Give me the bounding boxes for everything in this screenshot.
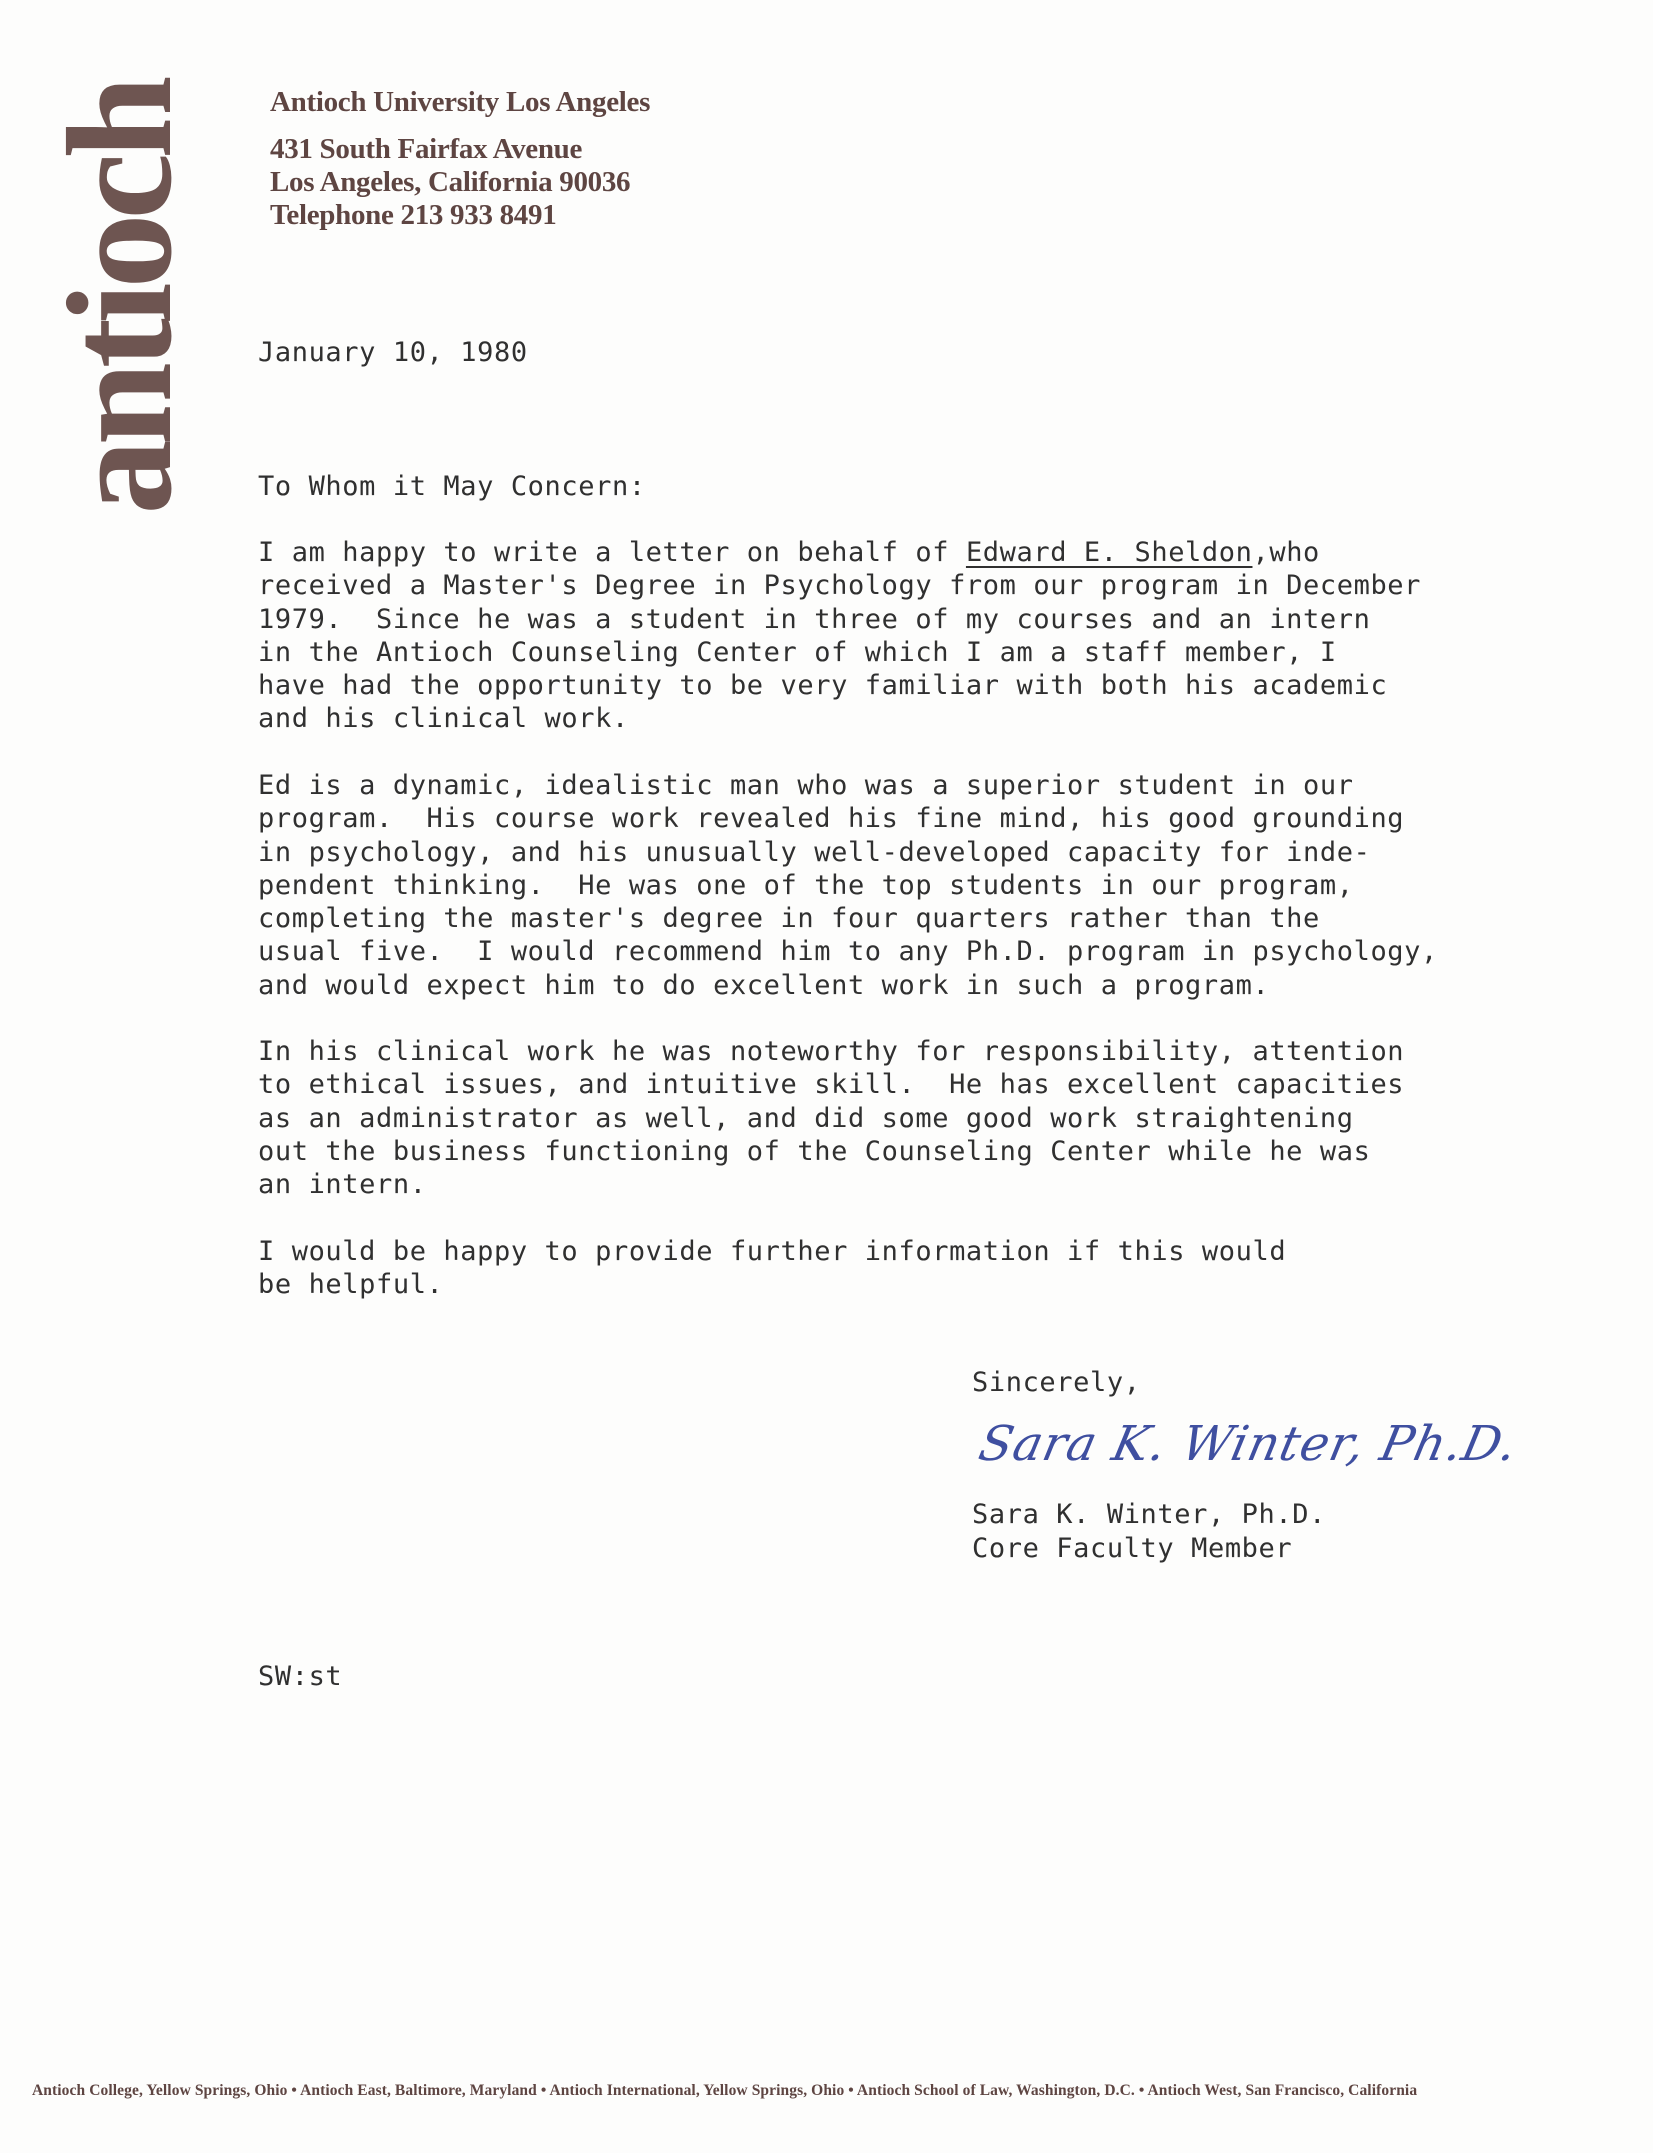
- signer-title: Core Faculty Member: [972, 1532, 1292, 1565]
- paragraph-4: I would be happy to provide further info…: [258, 1235, 1286, 1302]
- footer-campuses: Antioch College, Yellow Springs, Ohio • …: [32, 2082, 1632, 2100]
- paragraph-1-intro: I am happy to write a letter on behalf o…: [258, 537, 966, 568]
- paragraph-2: Ed is a dynamic, idealistic man who was …: [258, 769, 1438, 1002]
- organization-name: Antioch University Los Angeles: [270, 86, 650, 119]
- closing: Sincerely,: [972, 1366, 1141, 1399]
- reference-initials: SW:st: [258, 1660, 342, 1693]
- address-line-1: 431 South Fairfax Avenue: [270, 133, 650, 166]
- paragraph-1: I am happy to write a letter on behalf o…: [258, 536, 1421, 736]
- antioch-logo: antioch: [60, 78, 180, 518]
- salutation: To Whom it May Concern:: [258, 470, 646, 503]
- letterhead: Antioch University Los Angeles 431 South…: [270, 86, 650, 232]
- handwritten-signature: Sara K. Winter, Ph.D.: [974, 1416, 1523, 1472]
- paragraph-3: In his clinical work he was noteworthy f…: [258, 1035, 1404, 1201]
- letter-date: January 10, 1980: [258, 336, 528, 369]
- antioch-logo-text: antioch: [45, 81, 195, 514]
- telephone: Telephone 213 933 8491: [270, 199, 650, 232]
- student-name: Edward E. Sheldon: [966, 537, 1253, 568]
- address-line-2: Los Angeles, California 90036: [270, 166, 650, 199]
- signer-name: Sara K. Winter, Ph.D.: [972, 1498, 1326, 1531]
